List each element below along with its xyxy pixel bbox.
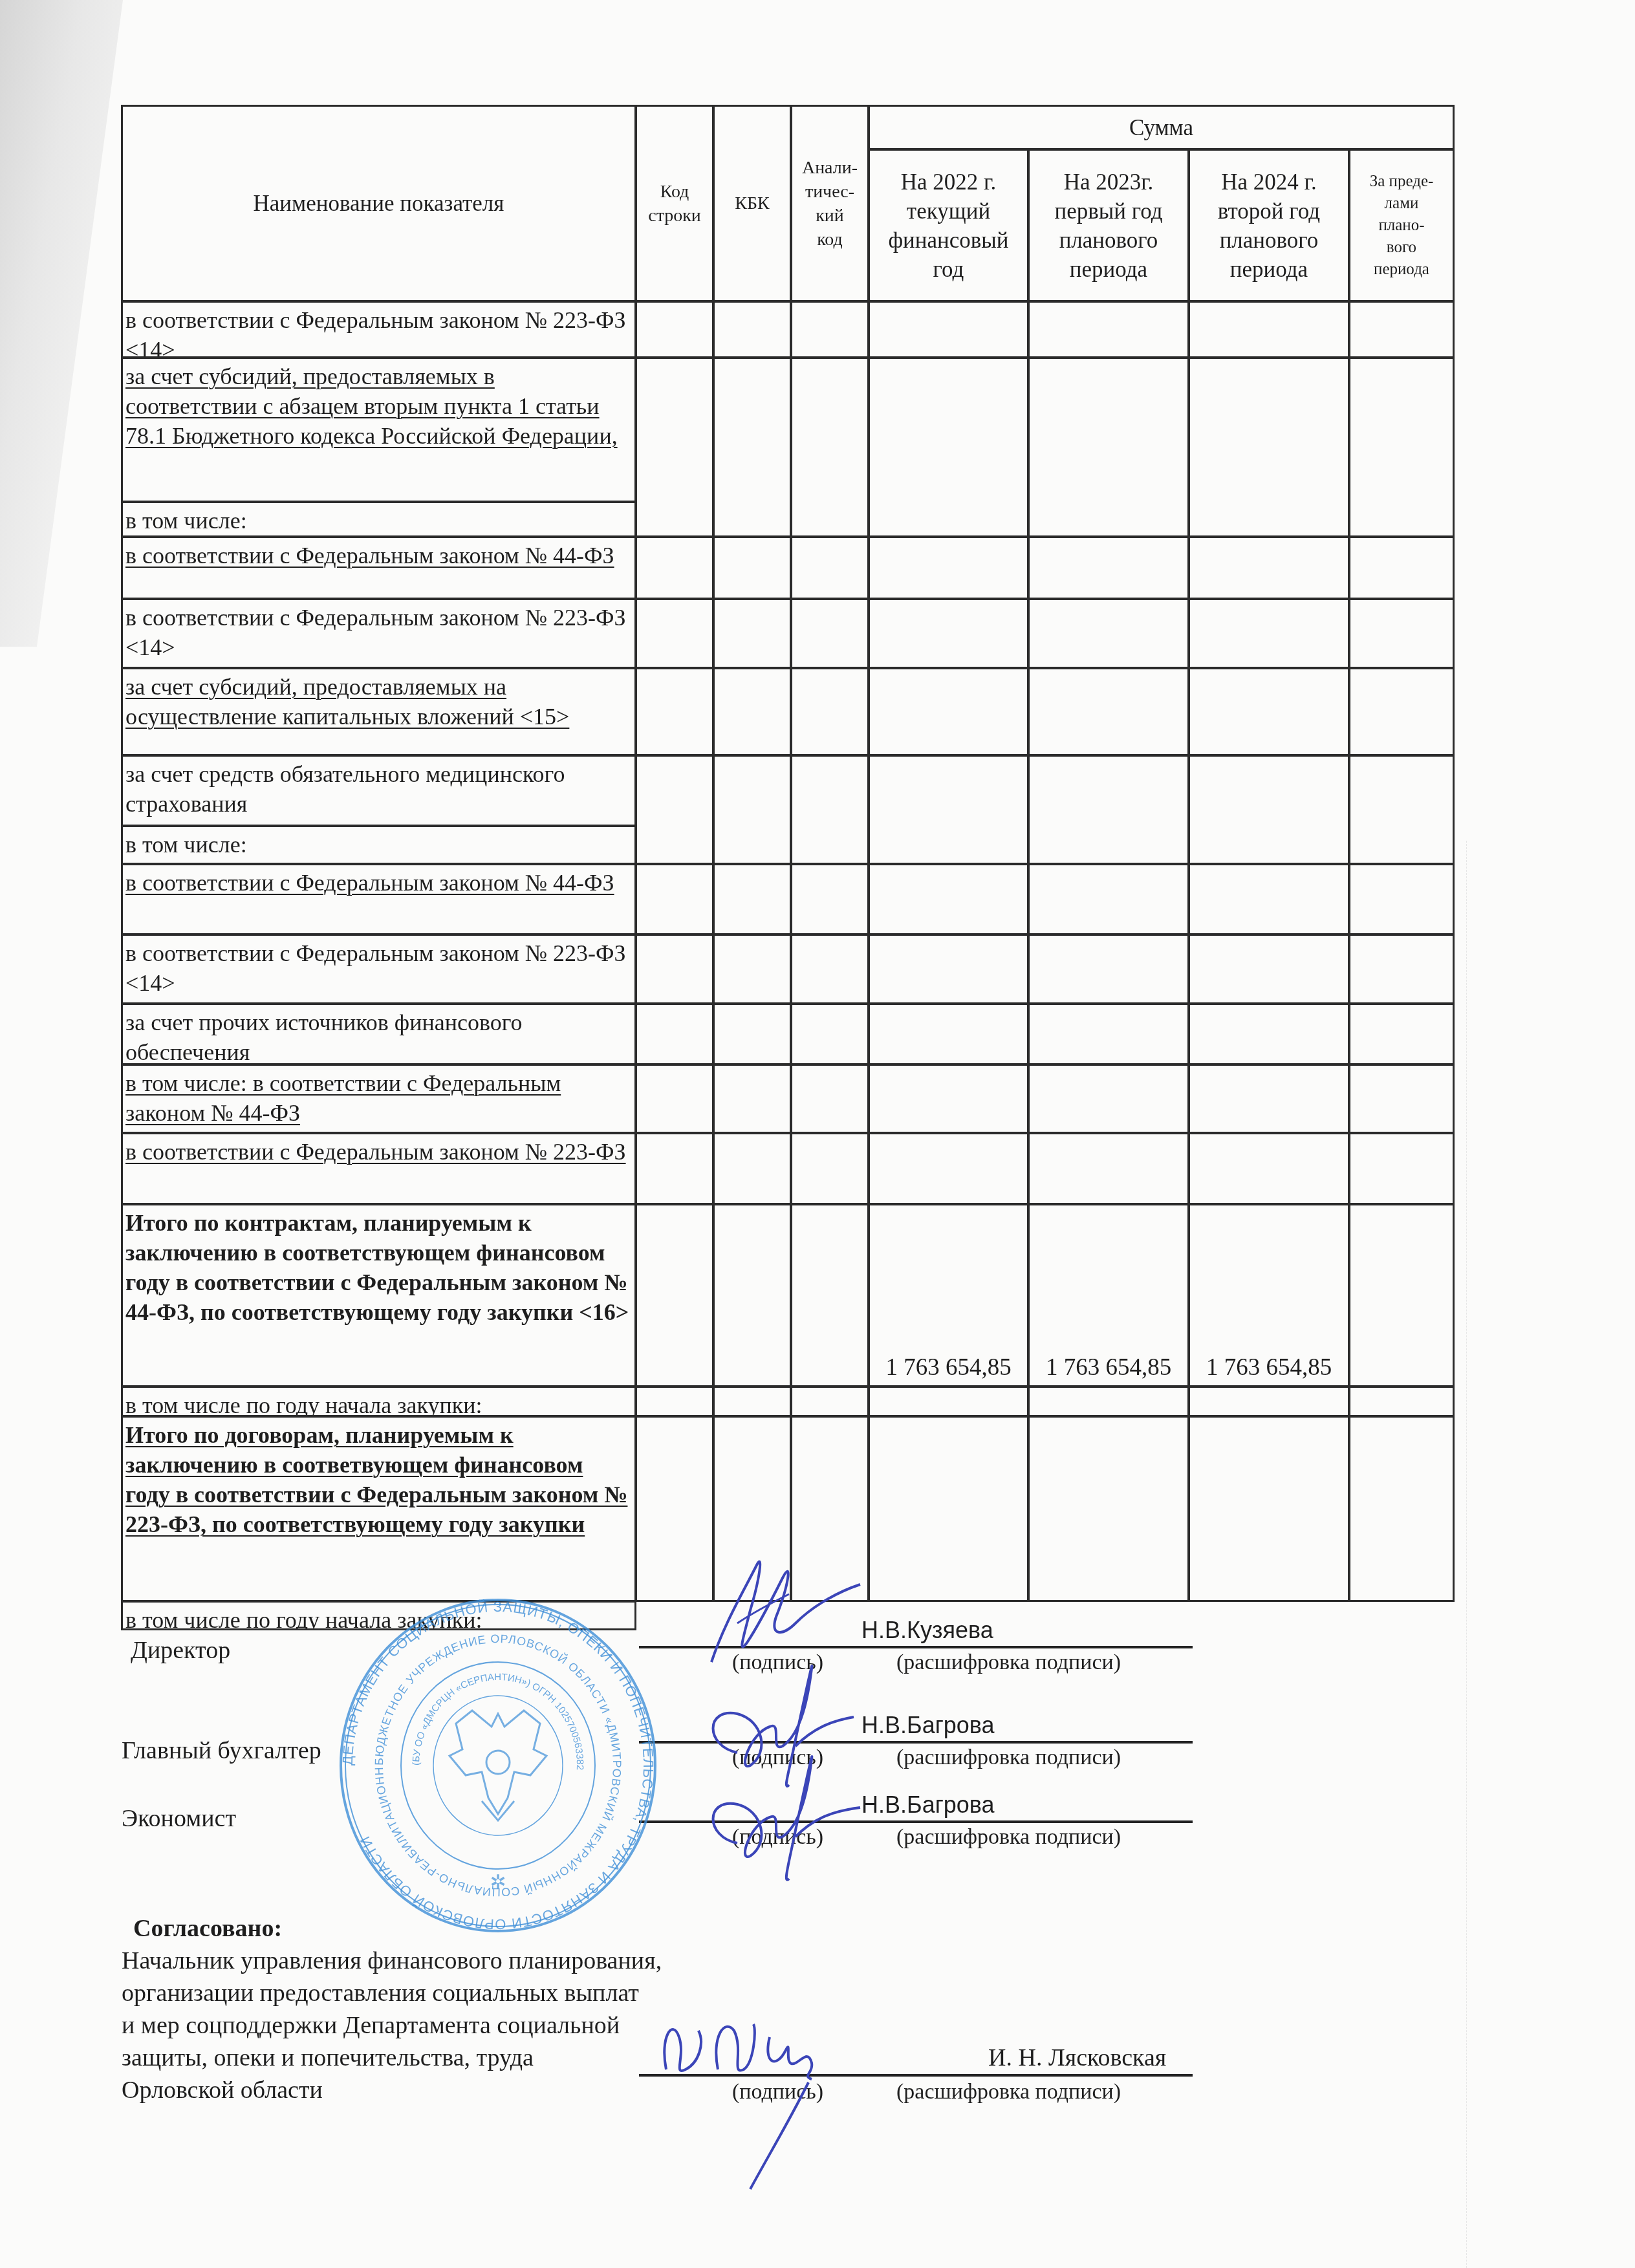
cell-line-code	[635, 1003, 714, 1065]
sign-caption: (подпись)	[732, 1825, 823, 1850]
approval-decode-caption: (расшифровка подписи)	[896, 2080, 1121, 2104]
header-analytic-code-text: Анали- тичес- кий код	[802, 156, 858, 252]
signer-role: Экономист	[122, 1804, 236, 1833]
row-name-cell: Итого по договорам, планируемым к заключ…	[121, 1416, 636, 1602]
cell-line-code	[635, 598, 714, 669]
header-year-2022-text: На 2022 г. текущий финансовый год	[872, 167, 1024, 284]
row-name-cell: в том числе по году начала закупки:	[121, 1601, 636, 1630]
cell-y2024	[1188, 1386, 1350, 1417]
decode-caption: (расшифровка подписи)	[896, 1650, 1121, 1675]
cell-y2023	[1028, 1064, 1189, 1134]
cell-kbk	[713, 1416, 792, 1602]
header-year-2023-text: На 2023г. первый год планового периода	[1032, 167, 1185, 284]
approval-line-5: Орловской области	[122, 2076, 323, 2104]
cell-y2022	[868, 863, 1029, 935]
header-sum-text: Сумма	[1129, 113, 1193, 142]
cell-analytic-code	[790, 1132, 869, 1205]
approval-line-2: организации предоставления социальных вы…	[122, 1979, 639, 2007]
cell-line-code	[635, 1132, 714, 1205]
cell-analytic-code	[790, 1204, 869, 1387]
cell-kbk	[713, 934, 792, 1004]
signer-name: Н.В.Кузяева	[861, 1617, 993, 1644]
cell-y2023	[1028, 1386, 1189, 1417]
cell-beyond	[1348, 301, 1455, 358]
cell-y2024	[1188, 301, 1350, 358]
cell-analytic-code	[790, 667, 869, 756]
cell-kbk	[713, 357, 792, 537]
row-name-cell: Итого по контрактам, планируемым к заклю…	[121, 1204, 636, 1387]
cell-beyond	[1348, 536, 1455, 599]
cell-y2022: 1 763 654,85	[868, 1204, 1029, 1387]
cell-analytic-code	[790, 357, 869, 537]
row-name-cell: в том числе:	[121, 501, 636, 537]
signer-name: Н.В.Багрова	[861, 1791, 995, 1819]
cell-beyond	[1348, 863, 1455, 935]
cell-y2022	[868, 357, 1029, 537]
signature-line	[639, 1646, 1193, 1648]
cell-kbk	[713, 1386, 792, 1417]
cell-line-code	[635, 301, 714, 358]
cell-analytic-code	[790, 1003, 869, 1065]
row-name-cell: в соответствии с Федеральным законом № 2…	[121, 301, 636, 358]
cell-y2024	[1188, 1064, 1350, 1134]
cell-analytic-code	[790, 1416, 869, 1602]
cell-line-code	[635, 1064, 714, 1134]
cell-y2022	[868, 598, 1029, 669]
cell-beyond	[1348, 755, 1455, 865]
header-line-code-text: Код строки	[640, 180, 709, 228]
row-name-cell: в том числе: в соответствии с Федеральны…	[121, 1064, 636, 1134]
cell-analytic-code	[790, 536, 869, 599]
row-name-cell: за счет средств обязательного медицинско…	[121, 755, 636, 826]
cell-beyond	[1348, 598, 1455, 669]
cell-beyond	[1348, 357, 1455, 537]
cell-y2022	[868, 1132, 1029, 1205]
cell-beyond	[1348, 1132, 1455, 1205]
cell-line-code	[635, 1386, 714, 1417]
header-sum-group: Сумма	[868, 105, 1455, 150]
header-year-2023: На 2023г. первый год планового периода	[1028, 149, 1189, 302]
cell-line-code	[635, 667, 714, 756]
approval-signature-line	[639, 2074, 1193, 2077]
cell-y2023	[1028, 536, 1189, 599]
cell-kbk	[713, 1204, 792, 1387]
row-name-cell: в соответствии с Федеральным законом № 2…	[121, 934, 636, 1004]
cell-beyond	[1348, 934, 1455, 1004]
cell-kbk	[713, 667, 792, 756]
cell-beyond	[1348, 1386, 1455, 1417]
row-name-cell: в том числе по году начала закупки:	[121, 1386, 636, 1417]
cell-kbk	[713, 1003, 792, 1065]
header-analytic-code: Анали- тичес- кий код	[790, 105, 869, 302]
row-name-cell: в соответствии с Федеральным законом № 2…	[121, 1132, 636, 1205]
cell-y2024	[1188, 536, 1350, 599]
cell-y2023: 1 763 654,85	[1028, 1204, 1189, 1387]
approval-line-4: защиты, опеки и попечительства, труда	[122, 2044, 534, 2072]
cell-y2023	[1028, 1003, 1189, 1065]
cell-line-code	[635, 536, 714, 599]
cell-y2024	[1188, 1003, 1350, 1065]
signer-name: Н.В.Багрова	[861, 1712, 995, 1739]
cell-y2023	[1028, 755, 1189, 865]
cell-line-code	[635, 357, 714, 537]
header-kbk: КБК	[713, 105, 792, 302]
cell-y2023	[1028, 1132, 1189, 1205]
cell-y2023	[1028, 598, 1189, 669]
row-name-cell: в соответствии с Федеральным законом № 2…	[121, 598, 636, 669]
cell-y2022	[868, 1064, 1029, 1134]
approval-line-1: Начальник управления финансового планиро…	[122, 1947, 662, 1975]
cell-kbk	[713, 536, 792, 599]
row-name-cell: за счет субсидий, предоставляемых на осу…	[121, 667, 636, 756]
sign-caption: (подпись)	[732, 1650, 823, 1675]
header-line-code: Код строки	[635, 105, 714, 302]
cell-y2024	[1188, 598, 1350, 669]
header-beyond-period: За преде- лами плано- вого периода	[1348, 149, 1455, 302]
sign-caption: (подпись)	[732, 1745, 823, 1770]
cell-y2022	[868, 1416, 1029, 1602]
cell-y2024	[1188, 755, 1350, 865]
header-kbk-text: КБК	[735, 191, 769, 215]
cell-line-code	[635, 755, 714, 865]
cell-kbk	[713, 1132, 792, 1205]
cell-beyond	[1348, 1003, 1455, 1065]
cell-kbk	[713, 863, 792, 935]
cell-beyond	[1348, 1064, 1455, 1134]
cell-analytic-code	[790, 755, 869, 865]
header-name-text: Наименование показателя	[254, 189, 504, 218]
cell-beyond	[1348, 1416, 1455, 1602]
cell-y2024	[1188, 667, 1350, 756]
cell-y2022	[868, 536, 1029, 599]
cell-y2022	[868, 301, 1029, 358]
signature-line	[639, 1741, 1193, 1744]
cell-kbk	[713, 1064, 792, 1134]
cell-kbk	[713, 598, 792, 669]
cell-y2024	[1188, 357, 1350, 537]
cell-y2024	[1188, 934, 1350, 1004]
cell-y2023	[1028, 934, 1189, 1004]
header-year-2024: На 2024 г. второй год планового периода	[1188, 149, 1350, 302]
cell-analytic-code	[790, 934, 869, 1004]
header-name: Наименование показателя	[121, 105, 636, 302]
header-beyond-text: За преде- лами плано- вого периода	[1370, 171, 1434, 281]
decode-caption: (расшифровка подписи)	[896, 1825, 1121, 1850]
approval-name: И. Н. Лясковская	[988, 2044, 1166, 2072]
cell-y2022	[868, 755, 1029, 865]
cell-line-code	[635, 863, 714, 935]
cell-line-code	[635, 1416, 714, 1602]
cell-analytic-code	[790, 598, 869, 669]
cell-y2023	[1028, 667, 1189, 756]
signer-role: Директор	[131, 1636, 230, 1665]
cell-y2022	[868, 1386, 1029, 1417]
header-year-2024-text: На 2024 г. второй год планового периода	[1193, 167, 1345, 284]
cell-line-code	[635, 1204, 714, 1387]
cell-y2024	[1188, 1132, 1350, 1205]
cell-y2022	[868, 667, 1029, 756]
cell-y2024	[1188, 863, 1350, 935]
cell-y2022	[868, 934, 1029, 1004]
cell-analytic-code	[790, 1386, 869, 1417]
cell-y2023	[1028, 301, 1189, 358]
cell-line-code	[635, 934, 714, 1004]
approval-line-3: и мер соцподдержки Департамента социальн…	[122, 2011, 620, 2040]
cell-kbk	[713, 301, 792, 358]
row-name-cell: в соответствии с Федеральным законом № 4…	[121, 863, 636, 935]
cell-analytic-code	[790, 863, 869, 935]
cell-kbk	[713, 755, 792, 865]
signer-role: Главный бухгалтер	[122, 1736, 321, 1765]
approval-heading: Согласовано:	[133, 1914, 282, 1943]
row-name-cell: в том числе:	[121, 825, 636, 865]
cell-analytic-code	[790, 1064, 869, 1134]
approval-sign-caption: (подпись)	[732, 2080, 823, 2104]
header-year-2022: На 2022 г. текущий финансовый год	[868, 149, 1029, 302]
row-name-cell: в соответствии с Федеральным законом № 4…	[121, 536, 636, 599]
decode-caption: (расшифровка подписи)	[896, 1745, 1121, 1770]
cell-y2023	[1028, 1416, 1189, 1602]
cell-analytic-code	[790, 301, 869, 358]
cell-beyond	[1348, 667, 1455, 756]
cell-y2023	[1028, 357, 1189, 537]
cell-y2023	[1028, 863, 1189, 935]
cell-y2024: 1 763 654,85	[1188, 1204, 1350, 1387]
row-name-cell: за счет прочих источников финансового об…	[121, 1003, 636, 1065]
row-name-cell: за счет субсидий, предоставляемых в соот…	[121, 357, 636, 502]
signature-line	[639, 1820, 1193, 1823]
cell-y2022	[868, 1003, 1029, 1065]
cell-y2024	[1188, 1416, 1350, 1602]
cell-beyond	[1348, 1204, 1455, 1387]
